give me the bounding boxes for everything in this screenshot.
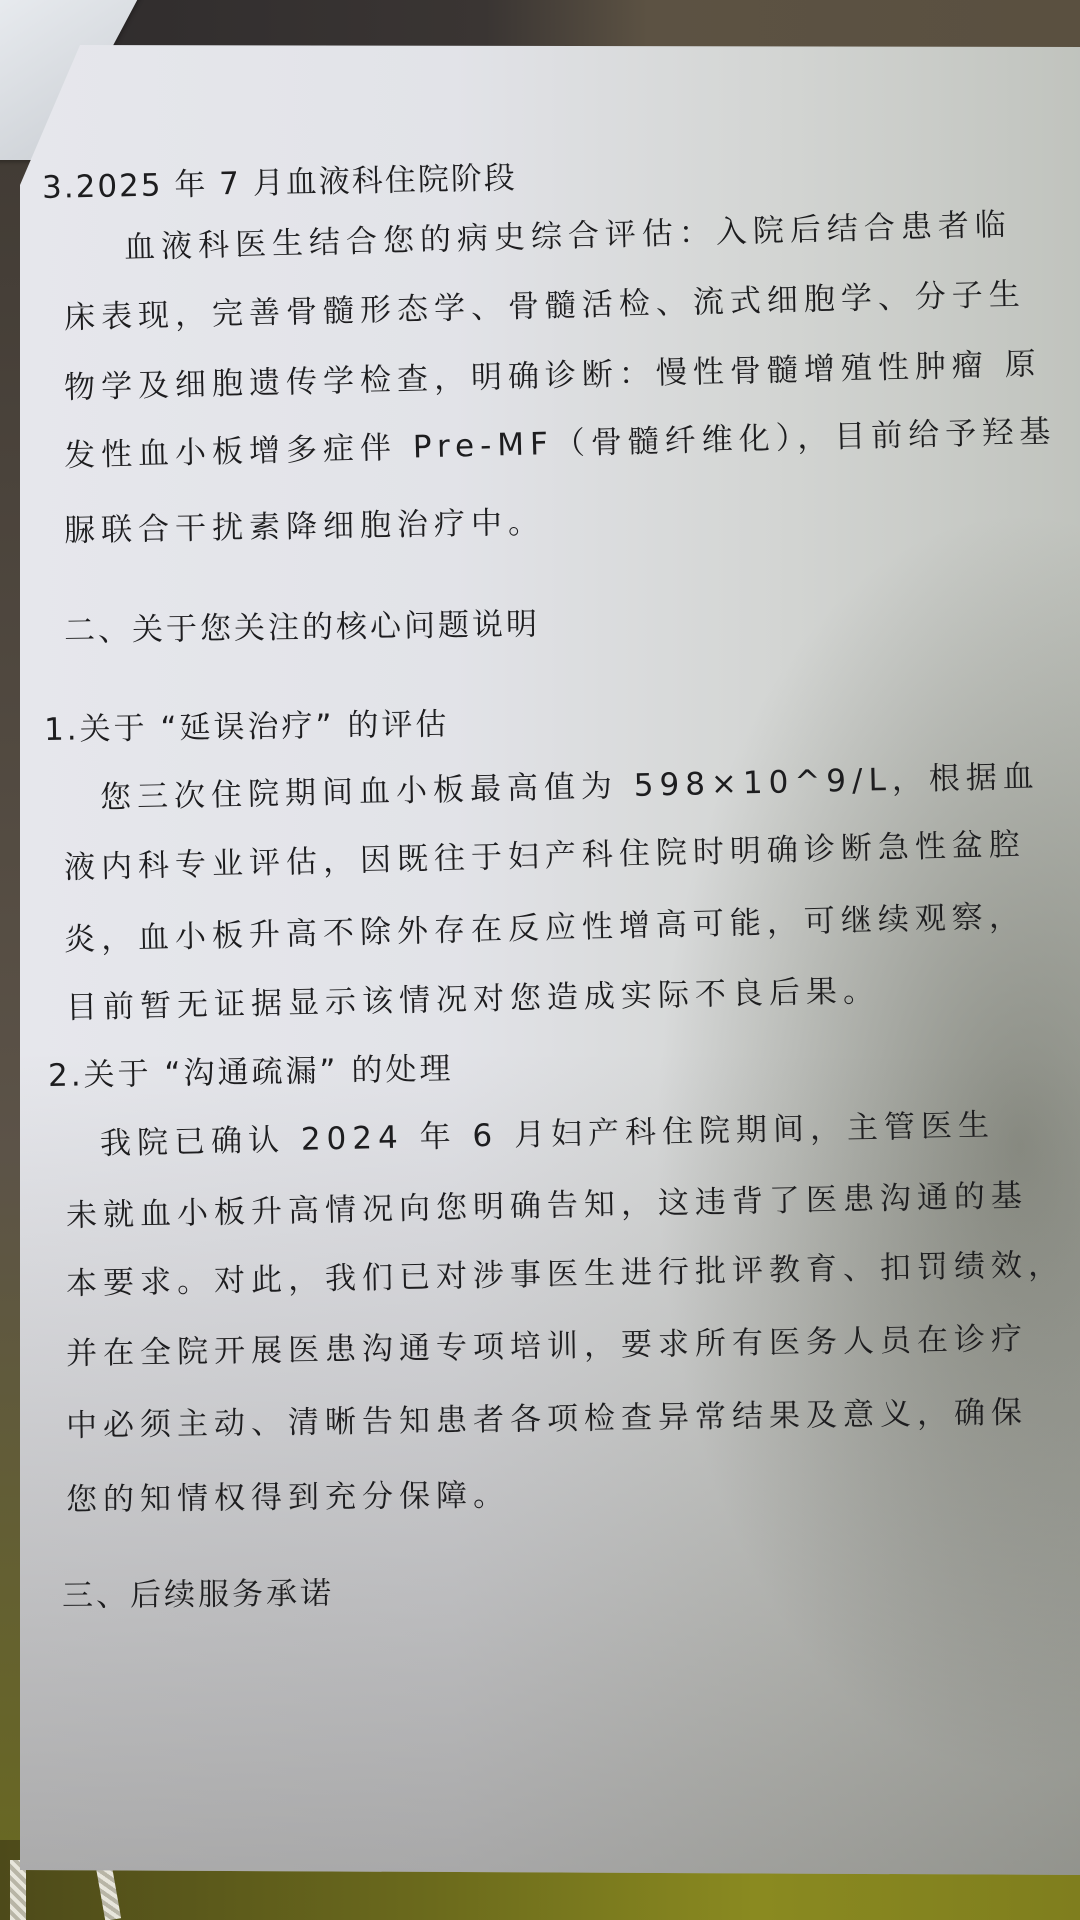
item-1-title: 1.关于 “延误治疗” 的评估 [44,698,450,749]
part-2-heading: 二、关于您关注的核心问题说明 [64,598,541,650]
part-3-heading: 三、后续服务承诺 [62,1568,334,1615]
item-2-body-line: 您的知情权得到充分保障。 [66,1469,510,1519]
photo-scene: 3.2025 年 7 月血液科住院阶段 血液科医生结合您的病史综合评估：入院后结… [0,0,1080,1920]
item-2-title: 2.关于 “沟通疏漏” 的处理 [48,1043,454,1095]
section-3-body-line: 脲联合干扰素降细胞治疗中。 [64,497,546,550]
